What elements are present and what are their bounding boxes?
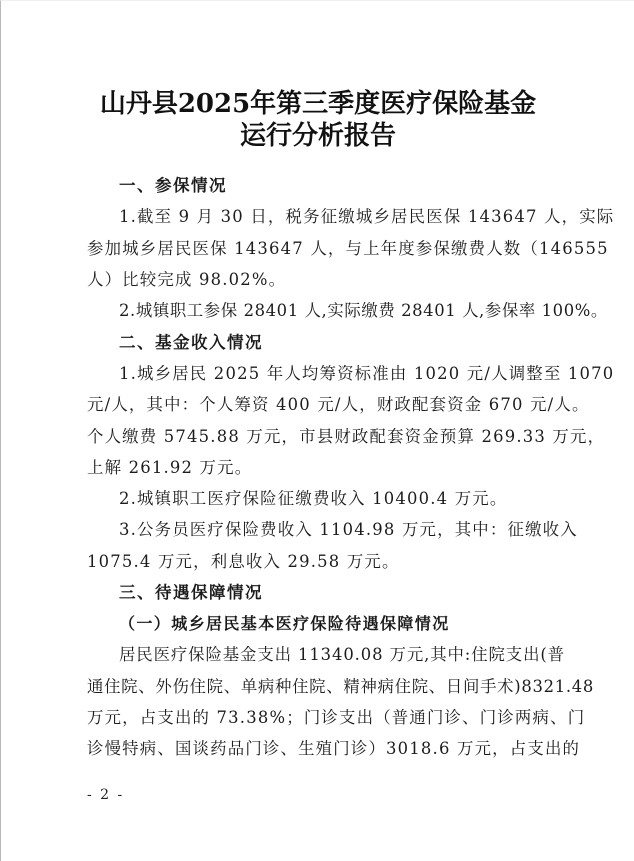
paragraph-line: 1075.4 万元，利息收入 29.58 万元。 (87, 551, 557, 573)
section-heading-fund-income: 二、基金收入情况 (119, 332, 263, 354)
paragraph-line: 居民医疗保险基金支出 11340.08 万元,其中:住院支出(普 (119, 644, 589, 666)
section-heading-enrollment: 一、参保情况 (119, 175, 227, 197)
paragraph-line: 人）比较完成 98.02%。 (87, 269, 557, 291)
paragraph-line: 诊慢特病、国谈药品门诊、生殖门诊）3018.6 万元，占支出的 (87, 738, 557, 760)
document-page: 山丹县2025年第三季度医疗保险基金 运行分析报告 一、参保情况 1.截至 9 … (0, 0, 634, 861)
paragraph-line: 元/人，其中：个人筹资 400 元/人，财政配套资金 670 元/人。 (87, 394, 557, 416)
page-number: - 2 - (87, 786, 124, 804)
paragraph-line: 1.截至 9 月 30 日，税务征缴城乡居民医保 143647 人，实际 (119, 206, 589, 228)
paragraph-line: 3.公务员医疗保险费收入 1104.98 万元，其中：征缴收入 (119, 519, 589, 541)
paragraph-line: 上解 261.92 万元。 (87, 457, 557, 479)
subsection-heading-resident-insurance: （一）城乡居民基本医疗保险待遇保障情况 (119, 613, 450, 635)
paragraph-line: 参加城乡居民医保 143647 人，与上年度参保缴费人数（146555 (87, 238, 557, 260)
document-title-line2: 运行分析报告 (1, 121, 634, 151)
paragraph-line: 1.城乡居民 2025 年人均筹资标准由 1020 元/人调整至 1070 (119, 363, 589, 385)
paragraph-line: 个人缴费 5745.88 万元，市县财政配套资金预算 269.33 万元， (87, 426, 557, 448)
document-title-line1: 山丹县2025年第三季度医疗保险基金 (1, 89, 634, 119)
section-heading-benefits: 三、待遇保障情况 (119, 582, 263, 604)
paragraph-line: 万元，占支出的 73.38%；门诊支出（普通门诊、门诊两病、门 (87, 707, 557, 729)
paragraph-line: 2.城镇职工参保 28401 人,实际缴费 28401 人,参保率 100%。 (119, 300, 589, 322)
paragraph-line: 2.城镇职工医疗保险征缴费收入 10400.4 万元。 (119, 488, 589, 510)
paragraph-line: 通住院、外伤住院、单病种住院、精神病住院、日间手术)8321.48 (87, 676, 557, 698)
